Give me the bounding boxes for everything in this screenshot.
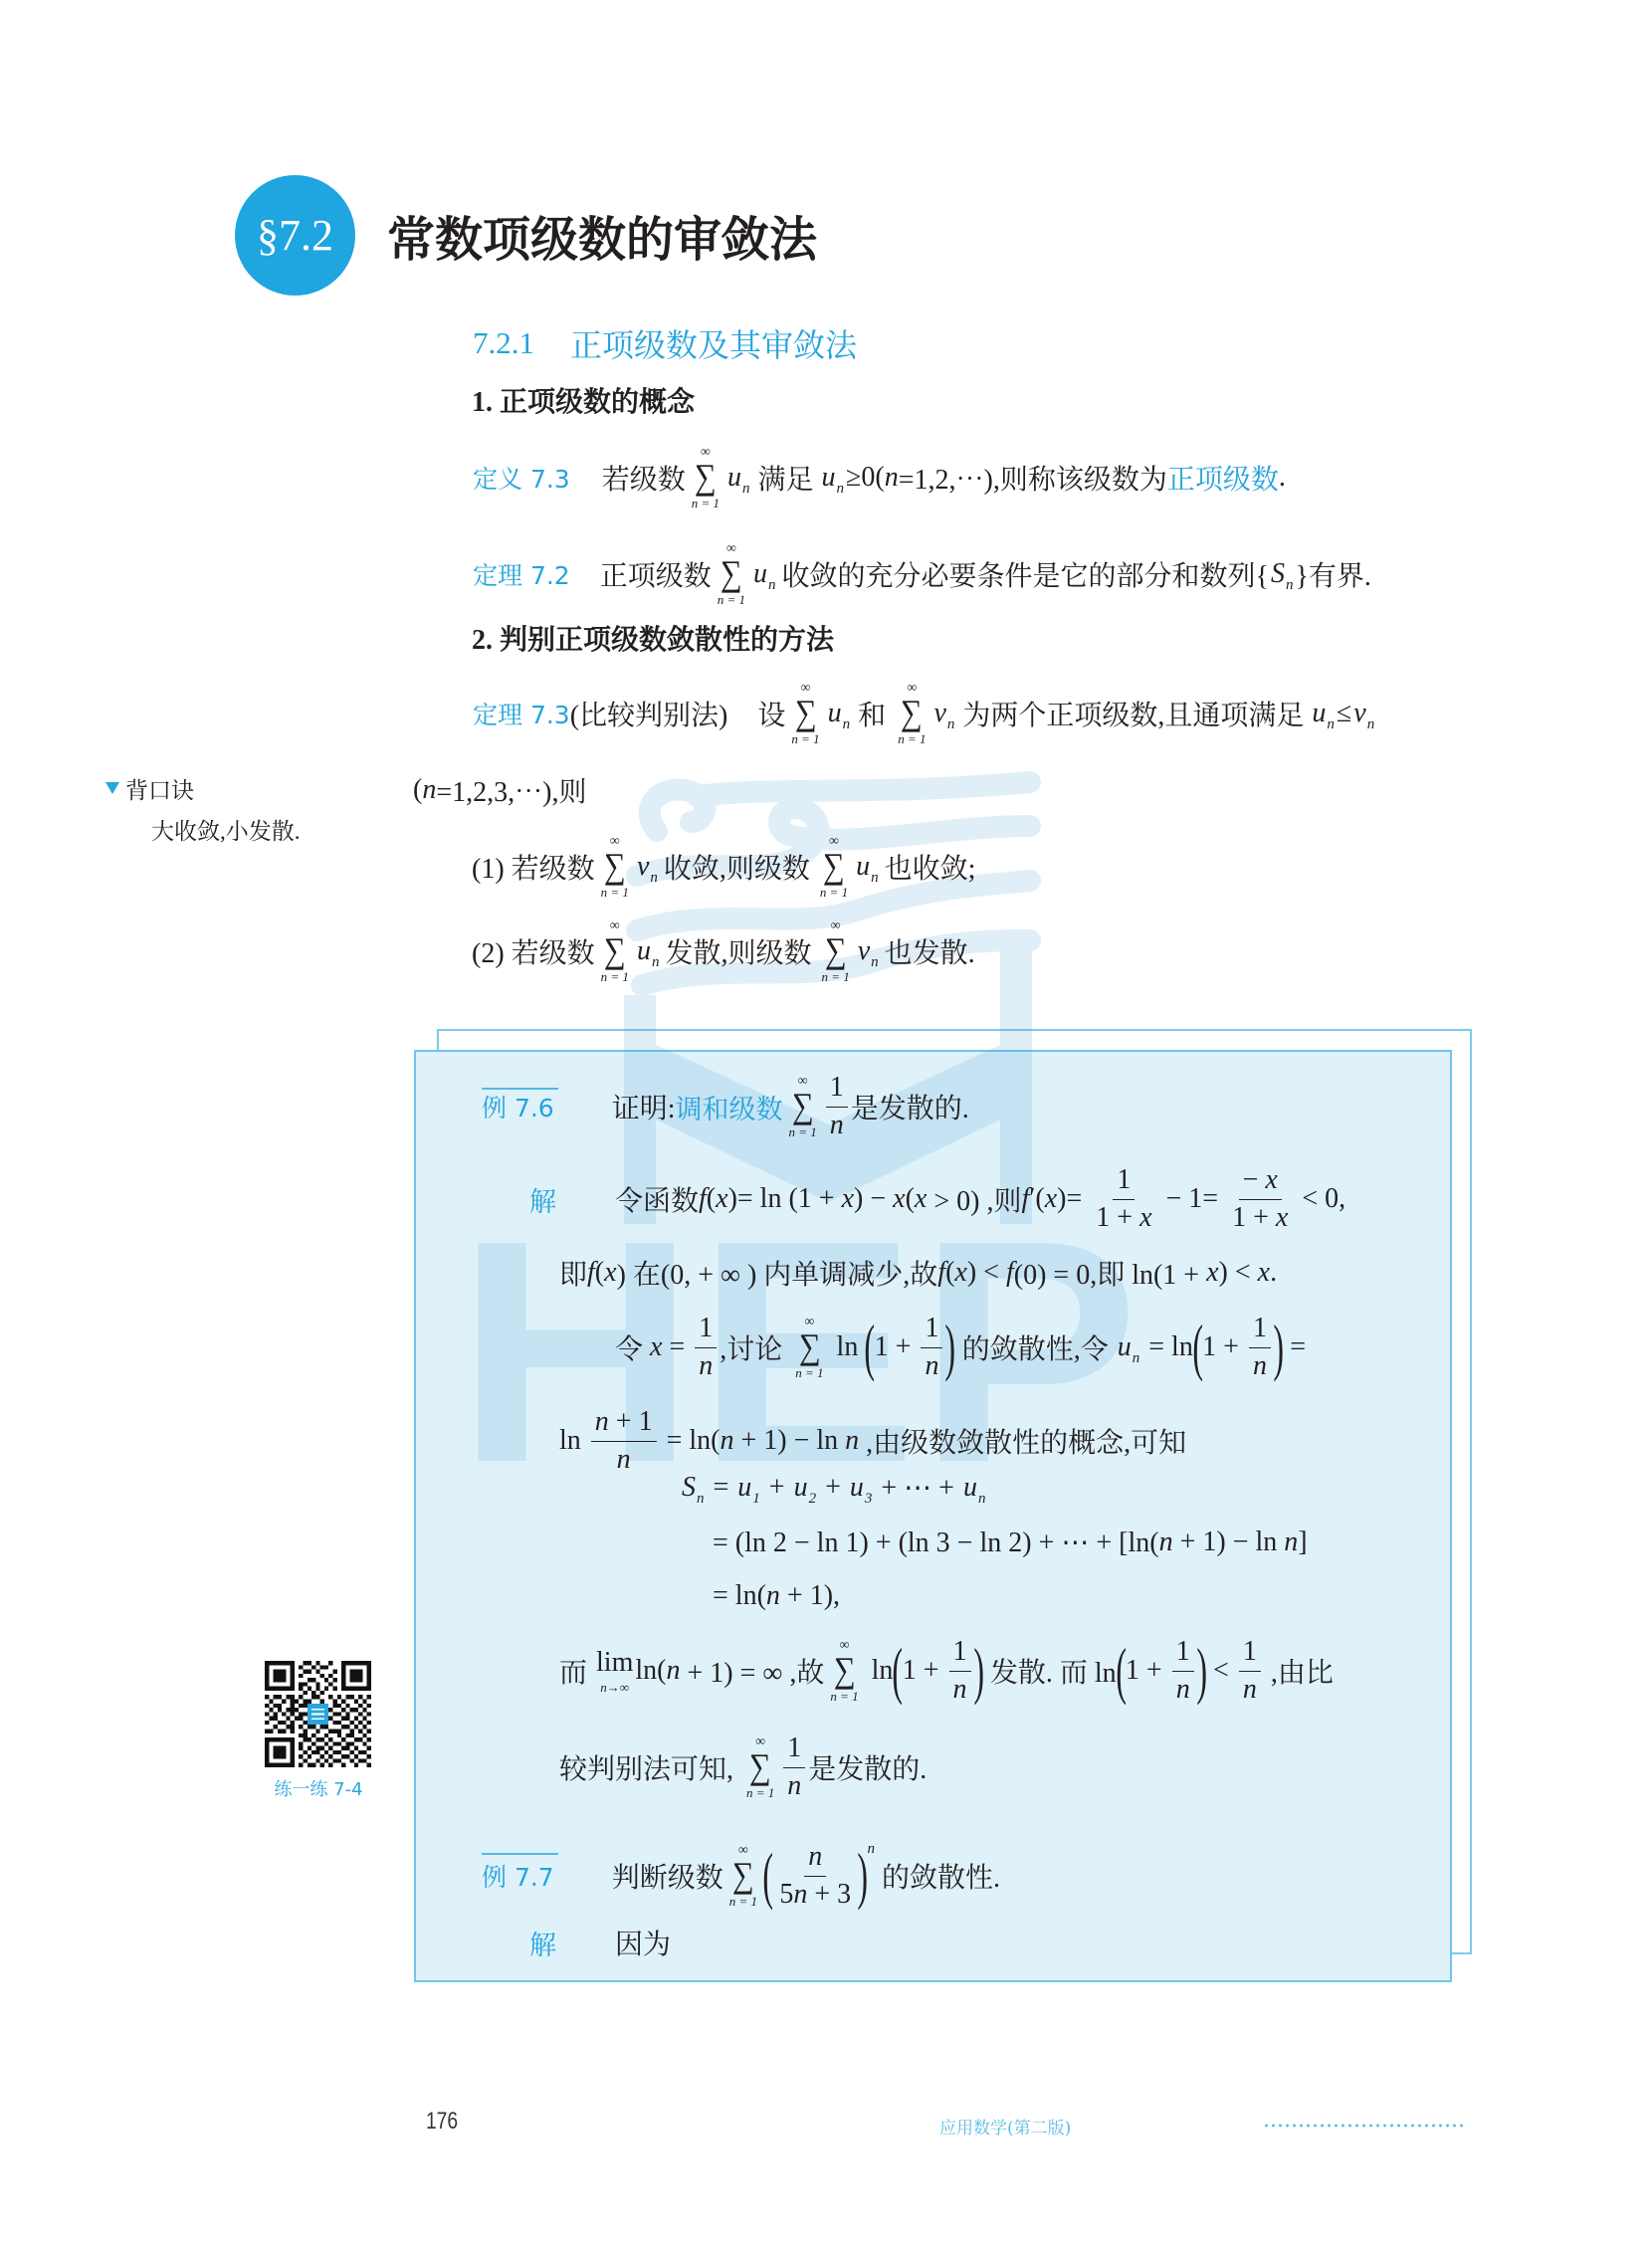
highlight-term: 正项级数 xyxy=(1167,458,1279,498)
book-title: 应用数学(第二版) xyxy=(939,2114,1071,2139)
math-variable: x xyxy=(650,1331,662,1363)
math-text: + 1) = ∞ ,故 xyxy=(680,1651,824,1691)
math-operator: ≤ xyxy=(1337,698,1351,729)
textbook-page: §7.2 常数项级数的审敛法 7.2.1 正项级数及其审敛法 1. 正项级数的概… xyxy=(0,0,1652,2241)
text-segment: 判断级数 xyxy=(612,1856,723,1896)
sigma-symbol: ∑ xyxy=(825,934,847,966)
math-variable: n xyxy=(1159,1527,1173,1558)
denominator: n xyxy=(1249,1348,1271,1382)
superscript: n xyxy=(867,1841,875,1858)
math-variable: x xyxy=(954,1257,966,1289)
math-text: 1 + xyxy=(875,1331,919,1363)
margin-note-text: 大收敛,小发散. xyxy=(151,784,301,874)
sigma-symbol: ∑ xyxy=(792,1090,814,1121)
sigma-symbol: ∑ xyxy=(732,1859,754,1891)
right-paren: ) xyxy=(945,1316,956,1379)
fraction: 1n xyxy=(949,1637,971,1706)
solution-label: 解 xyxy=(529,1924,556,1962)
term-v-n: vn xyxy=(933,698,954,729)
sigma-symbol: ∑ xyxy=(798,1330,820,1362)
definition-label: 定义 7.3 xyxy=(473,460,570,496)
qr-code xyxy=(265,1661,371,1767)
limit-subscript: n→∞ xyxy=(600,1681,629,1694)
example-7-7: 例 7.7 判断级数 ∞∑n = 1 ( n5n + 3 ) n 的敛散性. xyxy=(482,1831,1000,1921)
math-text: − xyxy=(1243,1164,1266,1195)
math-variable: f xyxy=(937,1257,945,1289)
text-segment: 而 xyxy=(559,1651,594,1691)
section-number: §7.2 xyxy=(257,210,333,261)
sigma-symbol: ∑ xyxy=(823,850,845,882)
left-paren: ( xyxy=(762,1844,773,1908)
subscript: n xyxy=(837,481,845,498)
fraction: 1n xyxy=(695,1314,717,1382)
sigma-symbol: ∑ xyxy=(604,850,626,882)
heading-1-text: 1. 正项级数的概念 xyxy=(472,380,695,420)
sigma-symbol: ∑ xyxy=(901,697,923,728)
page-number: 176 xyxy=(426,2108,458,2136)
term-s-n: Sn xyxy=(1271,558,1294,590)
numerator: 1 xyxy=(1172,1637,1194,1672)
sum-lower-limit: n = 1 xyxy=(746,1786,774,1799)
math-variable: v xyxy=(1353,698,1365,729)
section-title-text: 常数项级数的审敛法 xyxy=(387,201,817,270)
math-text: ( xyxy=(906,1183,915,1215)
text-segment: . xyxy=(1279,462,1286,494)
sigma-symbol: ∑ xyxy=(834,1654,856,1686)
sigma-symbol: ∑ xyxy=(721,557,742,589)
fraction: 1n xyxy=(1172,1637,1194,1706)
math-variable: x xyxy=(893,1183,905,1215)
math-text: )= ln (1 + xyxy=(728,1183,842,1215)
math-variable: x xyxy=(1206,1257,1218,1289)
math-variable: x xyxy=(1045,1183,1057,1215)
fraction: n + 1n xyxy=(591,1407,657,1476)
term-u-n: un xyxy=(828,698,851,729)
math-text: ln( xyxy=(635,1655,666,1687)
text-segment: 令函数 xyxy=(615,1179,699,1219)
math-variable: f xyxy=(1021,1183,1029,1215)
left-paren: ( xyxy=(893,1639,904,1703)
math-variable: u xyxy=(822,462,836,494)
text-segment: 证明: xyxy=(612,1087,676,1126)
solution-line-9: 较判别法可知, ∞∑n = 1 1n 是发散的. xyxy=(559,1723,927,1812)
math-text: ln xyxy=(559,1425,588,1457)
subscript: n xyxy=(871,954,879,971)
math-variable: n xyxy=(793,1879,807,1910)
denominator: 5n + 3 xyxy=(775,1877,855,1911)
math-variable: n xyxy=(666,1655,680,1687)
math-variable: x xyxy=(1265,1164,1277,1195)
math-text: + 1) − ln xyxy=(1173,1527,1285,1558)
left-paren: ( xyxy=(1116,1639,1127,1703)
math-variable: x xyxy=(1258,1257,1270,1289)
math-text: + 1), xyxy=(780,1580,840,1612)
numerator: 1 xyxy=(1113,1165,1135,1200)
fraction: 1n xyxy=(783,1733,805,1802)
math-variable: f xyxy=(1006,1257,1014,1289)
text-segment: 较判别法可知, xyxy=(559,1747,740,1787)
math-text: + 1 xyxy=(609,1406,653,1437)
math-variable: x xyxy=(842,1183,854,1215)
sum-lower-limit: n = 1 xyxy=(795,1366,823,1379)
summation: ∞∑n = 1 xyxy=(820,835,848,898)
theorem-name: (比较判别法) xyxy=(570,694,728,733)
right-paren: ) xyxy=(857,1844,868,1908)
math-variable: u xyxy=(856,851,870,883)
denominator: n xyxy=(695,1348,717,1382)
solution-line-8: 而 limn→∞ ln( n + 1) = ∞ ,故 ∞∑n = 1 ln ( … xyxy=(559,1626,1334,1716)
sum-lower-limit: n = 1 xyxy=(601,886,629,899)
math-text: = ln xyxy=(1141,1331,1193,1363)
lim-operator: lim xyxy=(596,1649,633,1677)
math-variable: x xyxy=(716,1183,727,1215)
subscript: n xyxy=(650,870,658,887)
math-variable: S xyxy=(682,1472,696,1504)
sigma-symbol: ∑ xyxy=(695,461,717,493)
term-s-n: Sn xyxy=(682,1472,705,1504)
subscript: n xyxy=(1133,1350,1140,1367)
math-variable: S xyxy=(1271,558,1285,590)
math-variable: x xyxy=(915,1183,927,1215)
text-segment: 若级数 xyxy=(602,458,686,498)
text-segment: ) 在(0, + ∞ ) 内单调减少,故 xyxy=(617,1253,938,1293)
solution-label-row: 解 xyxy=(529,1898,556,1987)
text-segment: 是发散的. xyxy=(851,1087,969,1126)
subscript: n xyxy=(947,716,955,733)
math-text: 1 + xyxy=(1126,1655,1169,1687)
sum-lower-limit: n = 1 xyxy=(692,497,720,509)
math-variable: f xyxy=(699,1183,707,1215)
numerator: n + 1 xyxy=(591,1407,657,1442)
math-text: ln xyxy=(865,1655,894,1687)
fraction: 11 + x xyxy=(1092,1165,1155,1234)
math-text: < xyxy=(1206,1655,1236,1687)
text-segment: }有界. xyxy=(1295,554,1370,594)
math-variable: n xyxy=(885,462,899,494)
math-text: ( xyxy=(595,1257,604,1289)
subscript: n xyxy=(1367,716,1375,733)
math-variable: n xyxy=(766,1580,780,1612)
subscript: n xyxy=(768,577,776,594)
fraction: 1n xyxy=(1249,1314,1271,1382)
text-segment: 发散. 而 ln xyxy=(983,1651,1117,1691)
math-text: ] xyxy=(1298,1527,1307,1558)
math-variable: v xyxy=(858,935,870,967)
denominator: n xyxy=(1172,1672,1194,1706)
math-text: 1 + xyxy=(1202,1331,1246,1363)
text-segment: =1,2,⋯),则称该级数为 xyxy=(899,458,1167,498)
math-variable: f xyxy=(587,1257,595,1289)
text-segment: 也收敛; xyxy=(885,847,976,887)
numerator: − x xyxy=(1239,1165,1282,1200)
right-paren: ) xyxy=(1273,1316,1284,1379)
summation: ∞∑n = 1 xyxy=(830,1639,858,1702)
summation: ∞∑n = 1 xyxy=(746,1735,774,1798)
summation: ∞∑n = 1 xyxy=(795,1316,823,1378)
math-text: = xyxy=(662,1331,692,1363)
summation: ∞∑n = 1 xyxy=(898,682,926,744)
solution-label: 解 xyxy=(529,1180,556,1219)
qr-center-logo-icon xyxy=(308,1704,328,1725)
numerator: 1 xyxy=(1239,1637,1261,1672)
left-paren: ( xyxy=(865,1316,876,1379)
example-label: 例 7.7 xyxy=(482,1858,554,1894)
math-text: 1 + xyxy=(903,1655,946,1687)
numerator: 1 xyxy=(921,1314,942,1348)
summation: ∞∑n = 1 xyxy=(791,682,819,744)
numerator: 1 xyxy=(695,1314,717,1348)
math-variable: n xyxy=(1284,1527,1298,1558)
text-segment: 和 xyxy=(858,694,886,733)
math-text: . xyxy=(1270,1257,1277,1289)
numerator: 1 xyxy=(1249,1314,1271,1348)
math-variable: v xyxy=(637,851,649,883)
math-text: ( xyxy=(413,774,422,806)
text-segment: (0) = 0,即 ln(1 + xyxy=(1014,1253,1206,1293)
math-variable: u xyxy=(1118,1331,1132,1363)
term-u-n: un xyxy=(637,935,660,967)
math-text: = ln( xyxy=(713,1580,766,1612)
right-paren: ) xyxy=(973,1639,984,1703)
math-text: = xyxy=(1283,1331,1306,1363)
sum-lower-limit: n = 1 xyxy=(791,732,819,745)
numerator: 1 xyxy=(949,1637,971,1672)
denominator: n xyxy=(949,1672,971,1706)
sigma-symbol: ∑ xyxy=(749,1750,771,1782)
text-segment: 即 xyxy=(559,1253,587,1293)
summation: ∞∑n = 1 xyxy=(729,1844,757,1907)
section-badge: §7.2 xyxy=(235,175,355,296)
denominator: n xyxy=(613,1442,635,1476)
denominator: n xyxy=(1239,1672,1261,1706)
math-text: ≥0( xyxy=(846,462,885,494)
denominator: n xyxy=(826,1108,848,1141)
summation: ∞∑n = 1 xyxy=(601,919,629,982)
math-variable: u xyxy=(637,935,651,967)
text-segment: 发散,则级数 xyxy=(665,931,811,971)
math-text: )= xyxy=(1057,1183,1089,1215)
text-segment: 是发散的. xyxy=(808,1747,927,1787)
sum-lower-limit: n = 1 xyxy=(830,1690,858,1703)
text-segment: 满足 xyxy=(758,458,814,498)
fraction: n5n + 3 xyxy=(775,1842,855,1911)
subscript: n xyxy=(1286,577,1294,594)
text-segment: ,由比 xyxy=(1264,1651,1334,1691)
example-7-6: 例 7.6 证明: 调和级数 ∞∑n = 1 1n 是发散的. xyxy=(482,1062,969,1151)
subscript: n xyxy=(1327,716,1335,733)
text-segment: (2) 若级数 xyxy=(472,931,595,971)
math-text: < 0, xyxy=(1295,1183,1345,1215)
heading-2-text: 2. 判别正项级数敛散性的方法 xyxy=(472,618,834,658)
sigma-symbol: ∑ xyxy=(795,697,817,728)
denominator: n xyxy=(783,1768,805,1802)
summation: ∞∑n = 1 xyxy=(821,919,849,982)
term-v-n: vn xyxy=(858,935,879,967)
math-variable: n xyxy=(595,1406,609,1437)
math-text: ln xyxy=(830,1331,866,1363)
math-text: ( xyxy=(707,1183,716,1215)
math-text: − 1= xyxy=(1159,1183,1226,1215)
solution-line-3: 令 x = 1n ,讨论 ∞∑n = 1 ln ( 1 + 1n ) 的敛散性,… xyxy=(615,1303,1306,1392)
text-segment: 设 xyxy=(757,694,785,733)
example-label: 例 7.6 xyxy=(482,1089,554,1124)
denominator: n xyxy=(921,1348,942,1382)
math-variable: u xyxy=(1312,698,1326,729)
numerator: n xyxy=(804,1842,826,1877)
term-u-n: un xyxy=(753,558,776,590)
theorem-7-3: 定理 7.3 (比较判别法) 设 ∞∑n = 1 un 和 ∞∑n = 1 vn… xyxy=(473,669,1376,758)
math-variable: u xyxy=(828,698,842,729)
sum-lower-limit: n = 1 xyxy=(729,1895,757,1908)
math-text: ) < xyxy=(967,1257,1006,1289)
solution-label-row: 解 xyxy=(529,1154,556,1244)
fraction: 1n xyxy=(826,1073,848,1141)
summation: ∞∑n = 1 xyxy=(601,835,629,898)
numerator: 1 xyxy=(783,1733,805,1768)
term-v-n: vn xyxy=(637,851,658,883)
definition-7-3: 定义 7.3 若级数 ∞∑n = 1 un 满足 un ≥0( n =1,2,⋯… xyxy=(473,433,1286,522)
text-segment: 因为 xyxy=(615,1923,671,1962)
math-text: > 0) ,则 xyxy=(927,1179,1021,1219)
text-segment: =1,2,3,⋯),则 xyxy=(436,770,586,810)
term-u-n: un xyxy=(822,462,845,494)
theorem-7-3-item-2: (2) 若级数 ∞∑n = 1 un 发散,则级数 ∞∑n = 1 vn 也发散… xyxy=(472,907,975,996)
text-segment: 令 xyxy=(615,1327,650,1367)
theorem-7-3-item-1: (1) 若级数 ∞∑n = 1 vn 收敛,则级数 ∞∑n = 1 un 也收敛… xyxy=(472,822,975,912)
math-variable: u xyxy=(753,558,767,590)
term-v-n: vn xyxy=(1353,698,1374,729)
subscript: n xyxy=(871,870,879,887)
text-segment: 收敛的充分必要条件是它的部分和数列{ xyxy=(782,554,1269,594)
math-variable: u xyxy=(727,462,741,494)
heading-1: 1. 正项级数的概念 xyxy=(472,355,695,445)
footer-dotted-rule xyxy=(1263,2124,1466,2128)
solution-7-7-line-1: 因为 xyxy=(615,1898,671,1987)
fraction: 1n xyxy=(1239,1637,1261,1706)
qr-caption: 练一练 7-4 xyxy=(259,1775,378,1801)
sum-lower-limit: n = 1 xyxy=(820,886,848,899)
math-text: 5 xyxy=(779,1879,793,1910)
fraction: − x1 + x xyxy=(1228,1165,1292,1234)
math-text: ) − xyxy=(854,1183,893,1215)
left-paren: ( xyxy=(1192,1316,1203,1379)
term-u-n: un xyxy=(1312,698,1335,729)
sum-lower-limit: n = 1 xyxy=(821,970,849,983)
sigma-symbol: ∑ xyxy=(604,934,626,966)
right-paren: ) xyxy=(1196,1639,1207,1703)
math-variable: x xyxy=(1276,1202,1288,1233)
math-variable: x xyxy=(604,1257,616,1289)
math-text: + 3 xyxy=(807,1879,851,1910)
text-segment: (1) 若级数 xyxy=(472,847,595,887)
term-u-n: un xyxy=(1118,1331,1140,1363)
subscript: n xyxy=(843,716,851,733)
triangle-down-icon xyxy=(105,782,119,794)
math-variable: v xyxy=(933,698,945,729)
theorem-label: 定理 7.2 xyxy=(473,556,570,592)
term-u-n: un xyxy=(727,462,750,494)
limit: limn→∞ xyxy=(596,1649,633,1694)
summation: ∞∑n = 1 xyxy=(692,446,720,509)
term-u-n: un xyxy=(856,851,879,883)
subscript: n xyxy=(652,954,660,971)
subscript: n xyxy=(697,1491,705,1508)
math-text: ′( xyxy=(1029,1183,1044,1215)
text-segment: ,讨论 xyxy=(720,1327,789,1367)
text-segment: 的敛散性. xyxy=(875,1856,1000,1896)
summation: ∞∑n = 1 xyxy=(789,1075,817,1137)
text-segment: 收敛,则级数 xyxy=(664,847,810,887)
highlight-term: 调和级数 xyxy=(676,1088,783,1126)
text-segment: 正项级数 xyxy=(600,554,712,594)
sum-lower-limit: n = 1 xyxy=(601,970,629,983)
margin-note-body: 大收敛,小发散. xyxy=(151,813,301,846)
section-title: 常数项级数的审敛法 xyxy=(387,190,817,280)
sum-lower-limit: n = 1 xyxy=(789,1125,817,1138)
subscript: n xyxy=(742,481,750,498)
text-segment: 的敛散性,令 xyxy=(955,1327,1116,1367)
theorem-label: 定理 7.3 xyxy=(473,696,570,731)
numerator: 1 xyxy=(826,1073,848,1108)
text-segment: 为两个正项级数,且通项满足 xyxy=(962,694,1304,733)
math-text: ) < xyxy=(1219,1257,1258,1289)
math-text: ( xyxy=(945,1257,954,1289)
text-segment: 也发散. xyxy=(885,931,975,971)
fraction: 1n xyxy=(921,1314,942,1382)
math-variable: n xyxy=(422,774,436,806)
sum-lower-limit: n = 1 xyxy=(898,732,926,745)
